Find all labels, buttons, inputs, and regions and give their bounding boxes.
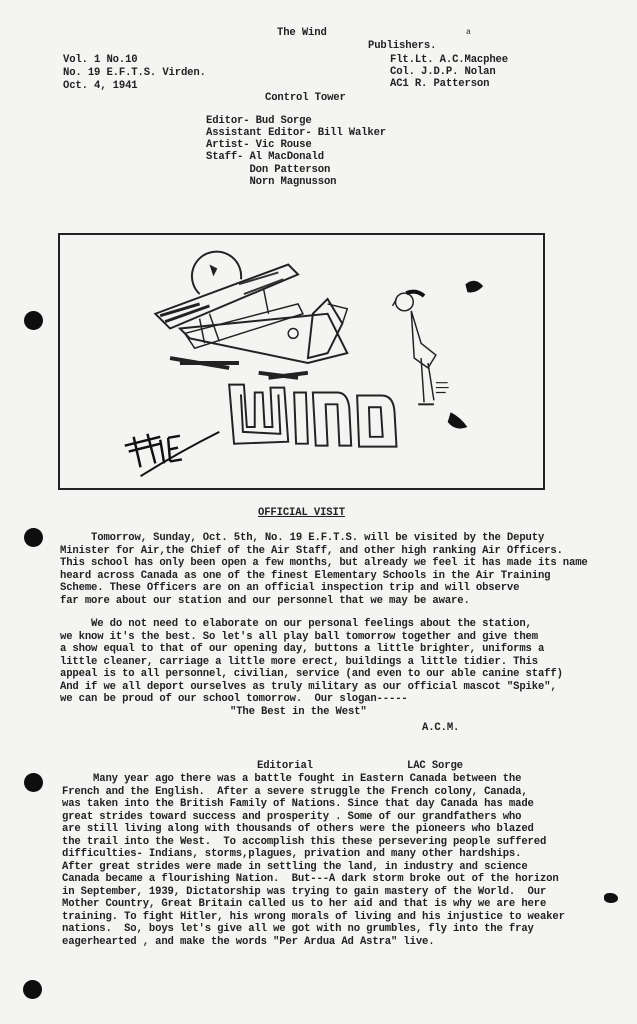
text-line: This school has only been open a few mon… (60, 557, 588, 570)
text-line: a show equal to that of our opening day,… (60, 643, 544, 656)
section-heading: OFFICIAL VISIT (258, 507, 345, 520)
text-line: difficulties- Indians, storms,plagues, p… (62, 848, 521, 861)
punch-hole (24, 528, 43, 547)
text-line: far more about our station and our perso… (60, 595, 470, 608)
page-mark: a (466, 26, 471, 39)
text-line: nations. So, boys let's give all we got … (62, 923, 534, 936)
masthead-illustration (58, 233, 545, 490)
newsletter-title: The Wind (277, 27, 327, 40)
staff-line: Staff- Al MacDonald (206, 151, 324, 164)
biplane-cartoon-icon (60, 235, 543, 488)
staff-line: Norn Magnusson (206, 176, 336, 189)
text-line: We do not need to elaborate on our perso… (60, 618, 532, 631)
ink-blot (604, 893, 618, 903)
text-line: Mother Country, Great Britain called us … (62, 898, 546, 911)
publisher: AC1 R. Patterson (390, 78, 489, 91)
publishers-label: Publishers. (368, 40, 436, 53)
text-line: eagerhearted , and make the words "Per A… (62, 936, 434, 949)
punch-hole (24, 311, 43, 330)
volume-number: Vol. 1 No.10 (63, 54, 138, 67)
text-line: Tomorrow, Sunday, Oct. 5th, No. 19 E.F.T… (60, 532, 544, 545)
punch-hole (23, 980, 42, 999)
punch-hole (24, 773, 43, 792)
section-heading: Editorial (257, 760, 313, 773)
school-name: No. 19 E.F.T.S. Virden. (63, 67, 206, 80)
location: Control Tower (265, 92, 346, 105)
text-line: are still living along with thousands of… (62, 823, 534, 836)
text-line: Many year ago there was a battle fought … (62, 773, 521, 786)
signature: A.C.M. (422, 722, 459, 735)
byline: LAC Sorge (407, 760, 463, 773)
text-line: we can be proud of our school tomorrow. … (60, 693, 408, 706)
text-line: appeal is to all personnel, civilian, se… (60, 668, 563, 681)
document-page: The Wind a Publishers. Vol. 1 No.10 Flt.… (0, 0, 637, 1024)
slogan: "The Best in the West" (230, 706, 367, 719)
text-line: was taken into the British Family of Nat… (62, 798, 534, 811)
text-line: Scheme. These Officers are on an officia… (60, 582, 519, 595)
issue-date: Oct. 4, 1941 (63, 80, 138, 93)
text-line: Canada became a flourishing Nation. But-… (62, 873, 559, 886)
